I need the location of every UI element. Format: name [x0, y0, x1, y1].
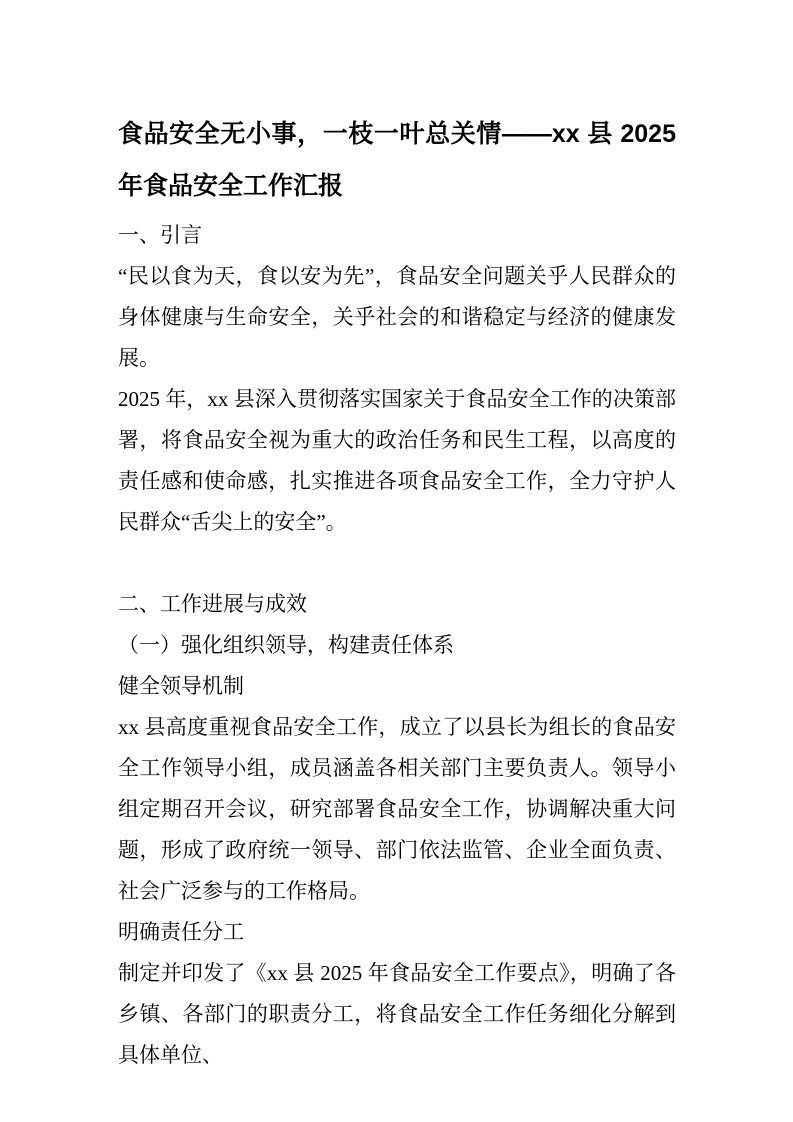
document-body: 一、引言“民以食为天，食以安为先”，食品安全问题关乎人民群众的身体健康与生命安全… [118, 215, 676, 1076]
document-page: 食品安全无小事，一枝一叶总关情——xx 县 2025 年食品安全工作汇报 一、引… [0, 0, 793, 1122]
blank-line [118, 543, 676, 584]
section-heading: 明确责任分工 [118, 912, 676, 953]
paragraph: 2025 年，xx 县深入贯彻落实国家关于食品安全工作的决策部署，将食品安全视为… [118, 379, 676, 543]
section-heading: 健全领导机制 [118, 666, 676, 707]
section-heading: （一）强化组织领导，构建责任体系 [118, 625, 676, 666]
paragraph: “民以食为天，食以安为先”，食品安全问题关乎人民群众的身体健康与生命安全，关乎社… [118, 256, 676, 379]
paragraph: 制定并印发了《xx 县 2025 年食品安全工作要点》，明确了各乡镇、各部门的职… [118, 953, 676, 1076]
section-heading: 一、引言 [118, 215, 676, 256]
section-heading: 二、工作进展与成效 [118, 584, 676, 625]
document-title: 食品安全无小事，一枝一叶总关情——xx 县 2025 年食品安全工作汇报 [118, 108, 676, 212]
document-content: 食品安全无小事，一枝一叶总关情——xx 县 2025 年食品安全工作汇报 一、引… [118, 108, 676, 1076]
paragraph: xx 县高度重视食品安全工作，成立了以县长为组长的食品安全工作领导小组，成员涵盖… [118, 707, 676, 912]
